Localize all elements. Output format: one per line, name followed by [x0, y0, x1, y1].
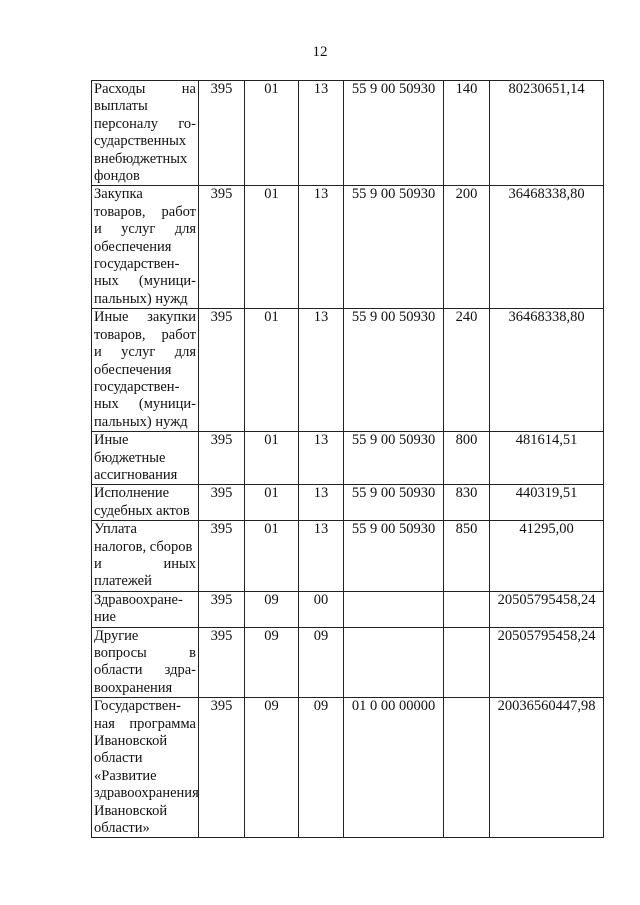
target-article-cell: 55 9 00 50930: [344, 485, 444, 521]
row-name-line: сударственных: [94, 133, 196, 150]
row-name-line: Исполнение: [94, 485, 196, 502]
table-row: Исполнениесудебных актов395011355 9 00 5…: [92, 485, 604, 521]
amount-cell: 20505795458,24: [490, 591, 604, 627]
target-article-cell: [344, 627, 444, 698]
expense-type-cell: [444, 591, 490, 627]
page-number: 12: [0, 44, 640, 61]
amount-cell: 80230651,14: [490, 81, 604, 186]
row-name-line: и услуг для: [94, 344, 196, 361]
subsection-code-cell: 09: [299, 627, 344, 698]
target-article-cell: 55 9 00 50930: [344, 81, 444, 186]
row-name-cell: Здравоохране-ние: [92, 591, 199, 627]
admin-code-cell: 395: [199, 698, 245, 838]
section-code-cell: 01: [245, 81, 299, 186]
row-name-line: государствен-: [94, 256, 196, 273]
row-name-line: товаров, работ: [94, 204, 196, 221]
target-article-cell: 55 9 00 50930: [344, 186, 444, 309]
table-row: Здравоохране-ние395090020505795458,24: [92, 591, 604, 627]
row-name-line: обеспечения: [94, 239, 196, 256]
row-name-cell: Другиевопросы вобласти здра-воохранения: [92, 627, 199, 698]
subsection-code-cell: 09: [299, 698, 344, 838]
admin-code-cell: 395: [199, 591, 245, 627]
row-name-line: области здра-: [94, 662, 196, 679]
subsection-code-cell: 13: [299, 432, 344, 485]
admin-code-cell: 395: [199, 485, 245, 521]
row-name-line: ных (муници-: [94, 396, 196, 413]
admin-code-cell: 395: [199, 81, 245, 186]
table-row: Иныебюджетныеассигнования395011355 9 00 …: [92, 432, 604, 485]
row-name-line: Иные закупки: [94, 309, 196, 326]
admin-code-cell: 395: [199, 309, 245, 432]
row-name-line: судебных актов: [94, 503, 196, 520]
row-name-line: области»: [94, 820, 196, 837]
amount-cell: 481614,51: [490, 432, 604, 485]
amount-cell: 20505795458,24: [490, 627, 604, 698]
row-name-line: внебюджетных: [94, 151, 196, 168]
row-name-line: ние: [94, 609, 196, 626]
row-name-line: «Развитие: [94, 768, 196, 785]
row-name-cell: Иные закупкитоваров, работи услуг дляобе…: [92, 309, 199, 432]
row-name-line: налогов, сборов: [94, 539, 196, 556]
amount-cell: 20036560447,98: [490, 698, 604, 838]
admin-code-cell: 395: [199, 521, 245, 592]
table-row: Иные закупкитоваров, работи услуг дляобе…: [92, 309, 604, 432]
subsection-code-cell: 13: [299, 81, 344, 186]
row-name-line: Здравоохране-: [94, 592, 196, 609]
row-name-line: Другие: [94, 628, 196, 645]
section-code-cell: 01: [245, 521, 299, 592]
target-article-cell: 01 0 00 00000: [344, 698, 444, 838]
row-name-line: фондов: [94, 168, 196, 185]
row-name-line: воохранения: [94, 680, 196, 697]
subsection-code-cell: 13: [299, 485, 344, 521]
section-code-cell: 01: [245, 432, 299, 485]
amount-cell: 41295,00: [490, 521, 604, 592]
row-name-line: ассигнования: [94, 467, 196, 484]
subsection-code-cell: 13: [299, 309, 344, 432]
admin-code-cell: 395: [199, 186, 245, 309]
row-name-line: бюджетные: [94, 450, 196, 467]
amount-cell: 36468338,80: [490, 309, 604, 432]
row-name-line: здравоохранения: [94, 785, 196, 802]
section-code-cell: 01: [245, 186, 299, 309]
admin-code-cell: 395: [199, 432, 245, 485]
row-name-line: Ивановской: [94, 803, 196, 820]
subsection-code-cell: 13: [299, 521, 344, 592]
expense-type-cell: 800: [444, 432, 490, 485]
row-name-cell: Иныебюджетныеассигнования: [92, 432, 199, 485]
row-name-cell: Уплатаналогов, сборови иныхплатежей: [92, 521, 199, 592]
expense-type-cell: 200: [444, 186, 490, 309]
target-article-cell: 55 9 00 50930: [344, 521, 444, 592]
row-name-cell: Исполнениесудебных актов: [92, 485, 199, 521]
row-name-line: Ивановской: [94, 733, 196, 750]
section-code-cell: 01: [245, 309, 299, 432]
target-article-cell: [344, 591, 444, 627]
table-row: Уплатаналогов, сборови иныхплатежей39501…: [92, 521, 604, 592]
section-code-cell: 01: [245, 485, 299, 521]
row-name-line: и услуг для: [94, 221, 196, 238]
expense-type-cell: 850: [444, 521, 490, 592]
row-name-line: области: [94, 750, 196, 767]
row-name-line: Закупка: [94, 186, 196, 203]
row-name-line: Иные: [94, 432, 196, 449]
row-name-line: Расходы на: [94, 81, 196, 98]
expense-type-cell: 140: [444, 81, 490, 186]
row-name-line: ных (муници-: [94, 273, 196, 290]
section-code-cell: 09: [245, 591, 299, 627]
row-name-line: вопросы в: [94, 645, 196, 662]
budget-table: Расходы навыплатыперсоналу го-сударствен…: [91, 80, 604, 838]
row-name-cell: Государствен-ная программаИвановскойобла…: [92, 698, 199, 838]
expense-type-cell: [444, 698, 490, 838]
table-row: Закупкатоваров, работи услуг дляобеспече…: [92, 186, 604, 309]
target-article-cell: 55 9 00 50930: [344, 432, 444, 485]
amount-cell: 36468338,80: [490, 186, 604, 309]
table-row: Государствен-ная программаИвановскойобла…: [92, 698, 604, 838]
subsection-code-cell: 00: [299, 591, 344, 627]
section-code-cell: 09: [245, 698, 299, 838]
table-row: Другиевопросы вобласти здра-воохранения3…: [92, 627, 604, 698]
row-name-line: пальных) нужд: [94, 414, 196, 431]
expense-type-cell: 830: [444, 485, 490, 521]
target-article-cell: 55 9 00 50930: [344, 309, 444, 432]
row-name-line: государствен-: [94, 379, 196, 396]
row-name-line: и иных: [94, 556, 196, 573]
row-name-line: ная программа: [94, 716, 196, 733]
section-code-cell: 09: [245, 627, 299, 698]
expense-type-cell: 240: [444, 309, 490, 432]
row-name-line: выплаты: [94, 98, 196, 115]
table-row: Расходы навыплатыперсоналу го-сударствен…: [92, 81, 604, 186]
row-name-line: платежей: [94, 573, 196, 590]
amount-cell: 440319,51: [490, 485, 604, 521]
row-name-line: обеспечения: [94, 362, 196, 379]
row-name-line: Государствен-: [94, 698, 196, 715]
subsection-code-cell: 13: [299, 186, 344, 309]
row-name-line: пальных) нужд: [94, 291, 196, 308]
row-name-line: персоналу го-: [94, 116, 196, 133]
row-name-line: товаров, работ: [94, 327, 196, 344]
row-name-cell: Закупкатоваров, работи услуг дляобеспече…: [92, 186, 199, 309]
row-name-line: Уплата: [94, 521, 196, 538]
row-name-cell: Расходы навыплатыперсоналу го-сударствен…: [92, 81, 199, 186]
admin-code-cell: 395: [199, 627, 245, 698]
expense-type-cell: [444, 627, 490, 698]
